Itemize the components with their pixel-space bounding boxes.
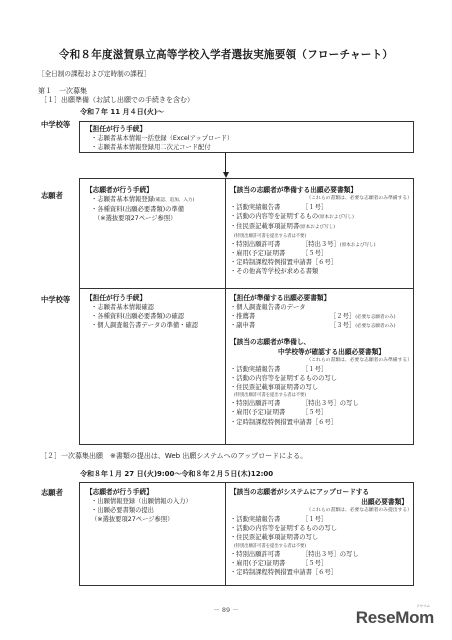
applicant-procedure-cell: 【志願者が行う手続】 ・志願者基本情報登録(確認、追加、入力) ・各種資料(出願… xyxy=(86,185,222,224)
row-label-applicant: 志願者 xyxy=(41,191,63,201)
resemom-logo: ReseMom xyxy=(356,608,434,628)
upload-documents-heading-1: 【該当の志願者がシステムにアップロードする xyxy=(230,487,412,497)
row-label-applicant-2: 志願者 xyxy=(41,488,63,498)
applicant-documents-note: （これらの書類は、必要な志願者のみ準備する） xyxy=(230,195,412,203)
verified-documents-heading-2: 中学校等が確認する出願必要書類】 xyxy=(230,347,412,357)
teacher-check-item: ・各種資料(出願必要書類)の確認 xyxy=(86,312,222,321)
document-item: ・活動実績報告書［１号］ xyxy=(230,365,412,374)
document-item: ・雇用(予定)証明書［５号］ xyxy=(230,249,412,258)
column-divider-2 xyxy=(225,482,226,586)
document-item: ・個人調査報告書のデータ xyxy=(230,303,412,312)
document-item: ・活動実績報告書［１号］ xyxy=(230,515,412,524)
applicant-documents-cell: 【該当の志願者が準備する出願必要書類】 （これらの書類は、必要な志願者のみ準備す… xyxy=(230,185,412,276)
column-divider xyxy=(225,178,226,445)
document-item: ・特別出願許可書［特出３号］の写し xyxy=(230,399,412,408)
document-item: ・住民票記載事項証明書の写し xyxy=(230,383,412,392)
teacher-check-item: ・志願者基本情報確認 xyxy=(86,303,222,312)
reference-note: （※選抜要項27ページ参照） xyxy=(86,214,222,223)
reference-note: （※選抜要項27ページ参照） xyxy=(86,515,222,524)
date-range-1: 令和７年 11 月４日(火)～ xyxy=(80,107,164,117)
document-item: ・特別出願許可書［特出３号］(原本および写し) xyxy=(230,240,412,249)
teacher-procedure-item: ・志願者基本情報登録用二次元コード配付 xyxy=(86,143,233,152)
application-procedure-item: ・出願情報登録（出願情報の入力） xyxy=(86,497,222,506)
document-item: ・活動実績報告書［１号］ xyxy=(230,203,412,212)
teacher-procedure-heading: 【担任が行う手続】 xyxy=(86,124,233,134)
upload-documents-cell: 【該当の志願者がシステムにアップロードする 出願必要書類】 （これらの書類は、必… xyxy=(230,487,412,577)
application-procedure-heading: 【志願者が行う手続】 xyxy=(86,487,222,497)
applicant-procedure-item: ・各種資料(出願必要書類)の準備 xyxy=(86,205,222,214)
document-subtitle: ［全日制の課程および定時制の課程］ xyxy=(38,68,150,78)
document-item: ・その他高等学校が求める書類 xyxy=(230,267,412,276)
special-note: (特別出願許可書を提出する者は不要) xyxy=(230,543,412,550)
teacher-procedure-content: 【担任が行う手続】 ・志願者基本情報一括登録（Excelアップロード） ・志願者… xyxy=(86,124,233,152)
document-item: ・定時制課程特例措置申請書［６号］ xyxy=(230,568,412,577)
row-label-junior-high: 中学校等 xyxy=(41,120,70,130)
upload-documents-note: （これらの書類は、必要な志願者のみ提出する） xyxy=(230,507,412,515)
document-item: ・活動の内容等を証明するものの写し xyxy=(230,524,412,533)
document-item: ・活動の内容等を証明するものの写し xyxy=(230,374,412,383)
special-note: (特別出願許可書を提出する者は不要) xyxy=(230,233,412,240)
row-label-junior-high-2: 中学校等 xyxy=(41,295,70,305)
teacher-check-item: ・個人調査報告書データの準備・確認 xyxy=(86,321,222,330)
document-item: ・副申書［３号］(必要な志願者のみ) xyxy=(230,321,412,330)
teacher-documents-cell: 【担任が準備する出願必要書類】 ・個人調査報告書のデータ ・推薦書［２号］(必要… xyxy=(230,293,412,427)
document-item: ・特別出願許可書［特出３号］の写し xyxy=(230,550,412,559)
special-note: (特別出願許可書を提出する者は不要) xyxy=(230,392,412,399)
teacher-check-heading: 【担任が行う手続】 xyxy=(86,293,222,303)
document-item: ・定時制課程特例措置申請書［６号］ xyxy=(230,418,412,427)
teacher-procedure-item: ・志願者基本情報一括登録（Excelアップロード） xyxy=(86,134,233,143)
upload-documents-heading-2: 出願必要書類】 xyxy=(230,497,412,507)
applicant-procedure-heading: 【志願者が行う手続】 xyxy=(86,185,222,195)
teacher-check-cell: 【担任が行う手続】 ・志願者基本情報確認 ・各種資料(出願必要書類)の確認 ・個… xyxy=(86,293,222,331)
document-item: ・住民票記載事項証明書(原本および写し) xyxy=(230,222,412,232)
document-item: ・住民票記載事項証明書の写し xyxy=(230,533,412,542)
applicant-procedure-item: ・志願者基本情報登録 xyxy=(91,196,154,203)
document-item: ・活動の内容等を証明するもの(原本および写し) xyxy=(230,212,412,222)
subsection-heading-2: ［２］一次募集出願 ※書類の提出は、Web 出願システムへのアップロードによる。 xyxy=(40,451,307,461)
verified-documents-heading-1: 【該当の志願者が準備し、 xyxy=(230,337,412,347)
applicant-documents-heading: 【該当の志願者が準備する出願必要書類】 xyxy=(230,185,412,195)
document-item: ・雇用(予定)証明書［５号］ xyxy=(230,408,412,417)
document-title: 令和８年度滋賀県立高等学校入学者選抜実施要領（フローチャート） xyxy=(0,47,452,62)
item-note: (確認、追加、入力) xyxy=(154,198,194,203)
document-item: ・雇用(予定)証明書［５号］ xyxy=(230,559,412,568)
teacher-documents-heading: 【担任が準備する出願必要書類】 xyxy=(230,293,412,303)
document-item: ・推薦書［２号］(必要な志願者のみ) xyxy=(230,312,412,321)
subsection-heading-1: ［１］出願準備（お試し出願での手続きを含む） xyxy=(40,95,194,105)
application-procedure-item: ・出願必要書類の提出 xyxy=(86,506,222,515)
application-procedure-cell: 【志願者が行う手続】 ・出願情報登録（出願情報の入力） ・出願必要書類の提出 （… xyxy=(86,487,222,525)
row-divider xyxy=(79,288,414,289)
verified-documents-note: （これらの書類は、必要な志願者のみ準備する） xyxy=(230,357,412,365)
document-item: ・定時制課程特例措置申請書［６号］ xyxy=(230,258,412,267)
date-range-2: 令和８年１月 27 日(火)9:00～令和８年２月５日(木)12:00 xyxy=(80,469,273,479)
